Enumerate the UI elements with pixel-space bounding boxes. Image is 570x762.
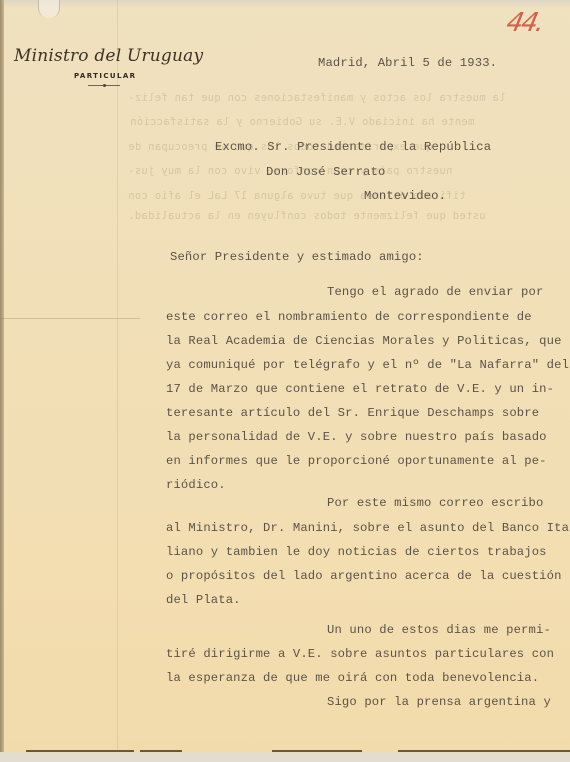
addressee-line-2: Don José Serrato: [266, 165, 385, 179]
body-line: del Plata.: [166, 593, 241, 607]
body-line: este correo el nombramiento de correspon…: [166, 310, 532, 324]
scan-left-edge: [0, 0, 4, 752]
body-line: la personalidad de V.E. y sobre nuestro …: [166, 430, 547, 444]
scan-edge-mark: [140, 750, 182, 752]
scan-edge-mark: [64, 750, 134, 752]
body-line: o propósitos del lado argentino acerca d…: [166, 569, 562, 583]
scan-edge-mark: [398, 750, 570, 752]
paper-clip-mark: [38, 0, 60, 18]
bleed-through-line: la muestra los actos y manifestaciones c…: [128, 92, 505, 104]
scan-top-edge: [0, 0, 570, 8]
paper-fold-vertical: [117, 0, 118, 752]
body-line: Tengo el agrado de enviar por: [327, 285, 543, 299]
addressee-line-3: Montevideo.: [364, 189, 446, 203]
letterhead-subtitle: PARTICULAR: [74, 72, 136, 80]
body-line: ya comuniqué por telégrafo y el nº de "L…: [166, 358, 569, 372]
body-line: teresante artículo del Sr. Enrique Desch…: [166, 406, 539, 420]
body-line: Sigo por la prensa argentina y: [327, 695, 551, 709]
body-line: la Real Academia de Ciencias Morales y P…: [166, 334, 562, 348]
bleed-through-line: mente ha iniciado V.E. su Gobierno y la …: [130, 116, 474, 128]
body-line: la esperanza de que me oirá con toda ben…: [166, 671, 539, 685]
body-line: liano y tambien le doy noticias de ciert…: [166, 545, 547, 559]
body-line: al Ministro, Dr. Manini, sobre el asunto…: [166, 521, 569, 535]
scan-edge-mark: [272, 750, 362, 752]
addressee-line-1: Excmo. Sr. Presidente de la República: [215, 140, 491, 154]
salutation: Señor Presidente y estimado amigo:: [170, 250, 424, 264]
letterhead-ornament: [103, 84, 106, 87]
paper-fold-horizontal: [0, 318, 140, 319]
body-line: 17 de Marzo que contiene el retrato de V…: [166, 382, 554, 396]
scan-bottom-edge: [0, 752, 570, 762]
letter-page: la muestra los actos y manifestaciones c…: [0, 0, 570, 752]
bleed-through-line: usted que felizmente todos confluyen en …: [128, 210, 486, 222]
body-line: Un uno de estos dias me permi-: [327, 623, 551, 637]
body-line: en informes que le proporcioné oportunam…: [166, 454, 547, 468]
body-line: Por este mismo correo escribo: [327, 496, 543, 510]
letterhead-title: Ministro del Uruguay: [14, 46, 203, 66]
folio-number: 44.: [504, 8, 546, 38]
body-line: tiré dirigirme a V.E. sobre asuntos part…: [166, 647, 554, 661]
date-line: Madrid, Abril 5 de 1933.: [318, 56, 497, 70]
body-line: riódico.: [166, 478, 226, 492]
